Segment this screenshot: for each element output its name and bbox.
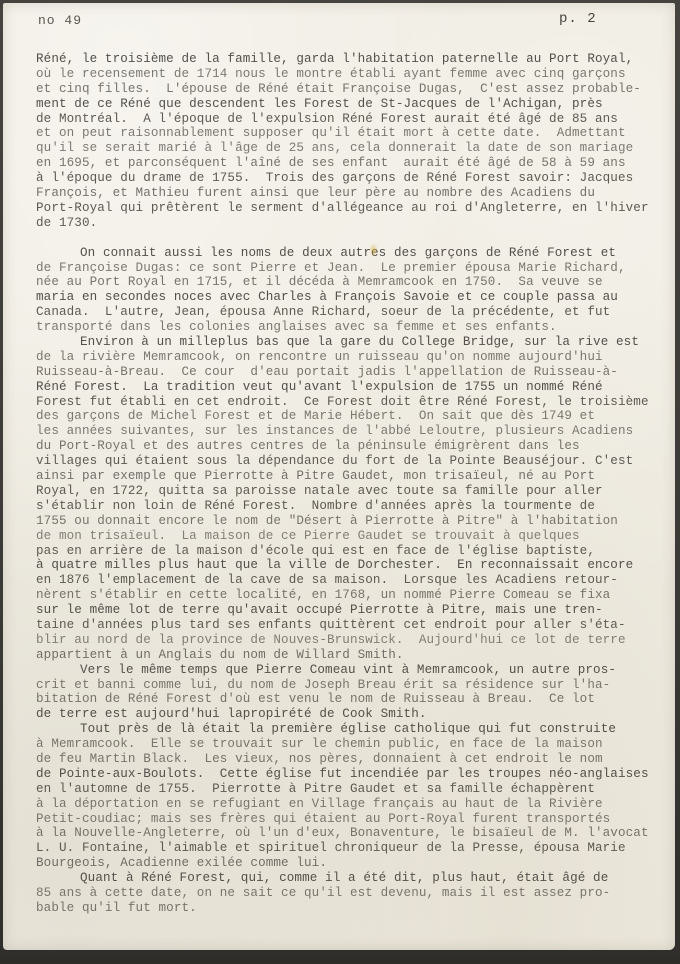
text-line: Quant à Réné Forest, qui, comme il a été… [36, 871, 661, 886]
text-line: et cinq filles. L'épouse de Réné était F… [36, 82, 661, 97]
text-line: Royal, en 1722, quitta sa paroisse natal… [36, 484, 661, 499]
text-line: On connait aussi les noms de deux autres… [36, 246, 661, 261]
text-line: qu'il se serait marié à l'âge de 25 ans,… [36, 141, 661, 156]
text-line: Petit-coudiac; mais ses frères qui étaie… [36, 812, 661, 827]
text-line: à Memramcook. Elle se trouvait sur le ch… [36, 737, 661, 752]
text-line: 1755 ou donnait encore le nom de "Désert… [36, 514, 661, 529]
text-line: ment de ce Réné que descendent les Fores… [36, 97, 661, 112]
text-line: s'établir non loin de Réné Forest. Nombr… [36, 499, 661, 514]
text-line: de mon trisaïeul. La maison de ce Pierre… [36, 529, 661, 544]
text-line: de 1730. [36, 216, 661, 231]
text-line: de Pointe-aux-Boulots. Cette église fut … [36, 767, 661, 782]
document-number: no 49 [38, 13, 82, 28]
text-line: à la déportation en se refugiant en Vill… [36, 797, 661, 812]
text-line: à quatre milles plus haut que la ville d… [36, 558, 661, 573]
paragraph: Tout près de là était la première église… [36, 722, 661, 871]
text-line: pas en arrière de la maison d'école qui … [36, 544, 661, 559]
text-line: en 1695, et parconséquent l'aîné de ses … [36, 156, 661, 171]
scanned-page: no 49 p. 2 Réné, le troisième de la fami… [0, 0, 680, 964]
text-line: François, et Mathieu furent ainsi que le… [36, 186, 661, 201]
text-line: de la rivière Memramcook, on rencontre u… [36, 350, 661, 365]
paragraph: Environ à un milleplus bas que la gare d… [36, 335, 661, 663]
text-line: crit et banni comme lui, du nom de Josep… [36, 678, 661, 693]
text-line: des garçons de Michel Forest et de Marie… [36, 409, 661, 424]
text-line: de feu Martin Black. Les vieux, nos père… [36, 752, 661, 767]
paragraph: Quant à Réné Forest, qui, comme il a été… [36, 871, 661, 916]
text-line: en 1876 l'emplacement de la cave de sa m… [36, 573, 661, 588]
paragraph: Réné, le troisième de la famille, garda … [36, 52, 661, 231]
text-line: bable qu'il fut mort. [36, 901, 661, 916]
paragraph: Vers le même temps que Pierre Comeau vin… [36, 663, 661, 723]
text-line: maria en secondes noces avec Charles à F… [36, 290, 661, 305]
text-line: née au Port Royal en 1715, et il décéda … [36, 275, 661, 290]
text-line: où le recensement de 1714 nous le montre… [36, 67, 661, 82]
text-line: Port-Royal qui prêtèrent le serment d'al… [36, 201, 661, 216]
text-line: du Port-Royal et des autres centres de l… [36, 439, 661, 454]
text-line: et on peut raisonnablement supposer qu'i… [36, 126, 661, 141]
text-line: appartient à un Anglais du nom de Willar… [36, 648, 661, 663]
text-line: à l'époque du drame de 1755. Trois des g… [36, 171, 661, 186]
text-line: à la Nouvelle-Angleterre, où l'un d'eux,… [36, 826, 661, 841]
scan-edge-shadow [0, 954, 680, 964]
text-line: Ruisseau-à-Breau. Ce cour d'eau portait … [36, 365, 661, 380]
paper-sheet: no 49 p. 2 Réné, le troisième de la fami… [3, 3, 675, 950]
text-line: Bourgeois, Acadienne exilée comme lui. [36, 856, 661, 871]
text-line: Environ à un milleplus bas que la gare d… [36, 335, 661, 350]
page-number: p. 2 [559, 11, 597, 27]
text-line: Réné, le troisième de la famille, garda … [36, 52, 661, 67]
text-line: de Françoise Dugas: ce sont Pierre et Je… [36, 261, 661, 276]
text-line: ainsi par exemple que Pierrotte à Pitre … [36, 469, 661, 484]
text-line: Vers le même temps que Pierre Comeau vin… [36, 663, 661, 678]
text-line: villages qui étaient sous la dépendance … [36, 454, 661, 469]
text-line: Réné Forest. La tradition veut qu'avant … [36, 380, 661, 395]
text-line: sur le même lot de terre qu'avait occupé… [36, 603, 661, 618]
text-line: taine d'années plus tard ses enfants qui… [36, 618, 661, 633]
text-line: nèrent s'établir en cette localité, en 1… [36, 588, 661, 603]
text-line: en l'automne de 1755. Pierrotte à Pitre … [36, 782, 661, 797]
text-line: Forest fut établi en cet endroit. Ce For… [36, 395, 661, 410]
paragraph: On connait aussi les noms de deux autres… [36, 246, 661, 335]
text-line: transporté dans les colonies anglaises a… [36, 320, 661, 335]
text-line: blir au nord de la province de Nouves-Br… [36, 633, 661, 648]
text-line: 85 ans à cette date, on ne sait ce qu'il… [36, 886, 661, 901]
page-header: no 49 p. 2 [3, 11, 675, 31]
text-line: de terre est aujourd'hui lapropirété de … [36, 707, 661, 722]
text-line: de Montréal. A l'époque de l'expulsion R… [36, 112, 661, 127]
document-body: Réné, le troisième de la famille, garda … [36, 52, 661, 916]
paper-stain [369, 243, 378, 257]
text-line: les années suivantes, sur les instances … [36, 424, 661, 439]
text-line: L. U. Fontaine, l'aimable et spirituel c… [36, 841, 661, 856]
text-line: Tout près de là était la première église… [36, 722, 661, 737]
text-line: Canada. L'autre, Jean, épousa Anne Richa… [36, 305, 661, 320]
text-line: bitation de Réné Forest d'où est venu le… [36, 692, 661, 707]
